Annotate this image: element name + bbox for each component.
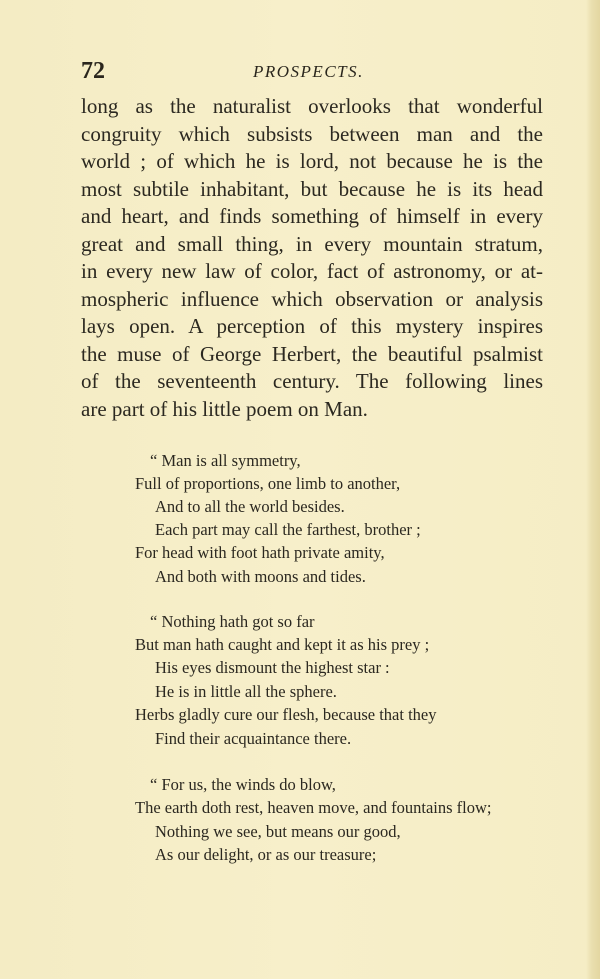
poem-line: His eyes dismount the highest star : — [155, 656, 390, 679]
poem-line: And both with moons and tides. — [155, 565, 366, 588]
poem-line: As our delight, or as our treasure; — [155, 843, 376, 866]
prose-line: long as the naturalist overlooks that wo… — [81, 93, 543, 121]
prose-line: great and small thing, in every mountain… — [81, 231, 543, 259]
poem-line: “ For us, the winds do blow, — [150, 773, 336, 796]
prose-line: the muse of George Herbert, the beautifu… — [81, 341, 543, 369]
poem-line: And to all the world besides. — [155, 495, 345, 518]
prose-line: are part of his little poem on Man. — [81, 396, 543, 424]
poem-line: He is in little all the sphere. — [155, 680, 337, 703]
prose-line: of the seventeenth century. The followin… — [81, 368, 543, 396]
page-number: 72 — [81, 56, 105, 86]
poem-line: Herbs gladly cure our flesh, because tha… — [135, 703, 436, 726]
prose-line: congruity which subsists between man and… — [81, 121, 543, 149]
poem-line: Find their acquaintance there. — [155, 727, 351, 750]
poem-line: For head with foot hath private amity, — [135, 541, 385, 564]
poem-line: Full of proportions, one limb to another… — [135, 472, 400, 495]
prose-line: lays open. A perception of this mystery … — [81, 313, 543, 341]
prose-line: mospheric influence which observation or… — [81, 286, 543, 314]
prose-line: world ; of which he is lord, not because… — [81, 148, 543, 176]
prose-line: in every new law of color, fact of astro… — [81, 258, 543, 286]
prose-line: and heart, and finds something of himsel… — [81, 203, 543, 231]
running-title: PROSPECTS. — [253, 58, 364, 86]
poem-line: Each part may call the farthest, brother… — [155, 518, 421, 541]
book-page: 72 PROSPECTS. long as the naturalist ove… — [0, 0, 600, 979]
prose-line: most subtile inhabitant, but because he … — [81, 176, 543, 204]
poem-line: “ Man is all symmetry, — [150, 449, 301, 472]
poem-line: The earth doth rest, heaven move, and fo… — [135, 796, 491, 819]
running-head: 72 PROSPECTS. — [81, 56, 543, 86]
page-edge-shadow — [586, 0, 600, 979]
poem-line: But man hath caught and kept it as his p… — [135, 633, 429, 656]
prose-paragraph: long as the naturalist overlooks that wo… — [81, 93, 543, 423]
poem-line: Nothing we see, but means our good, — [155, 820, 401, 843]
poem-line: “ Nothing hath got so far — [150, 610, 315, 633]
